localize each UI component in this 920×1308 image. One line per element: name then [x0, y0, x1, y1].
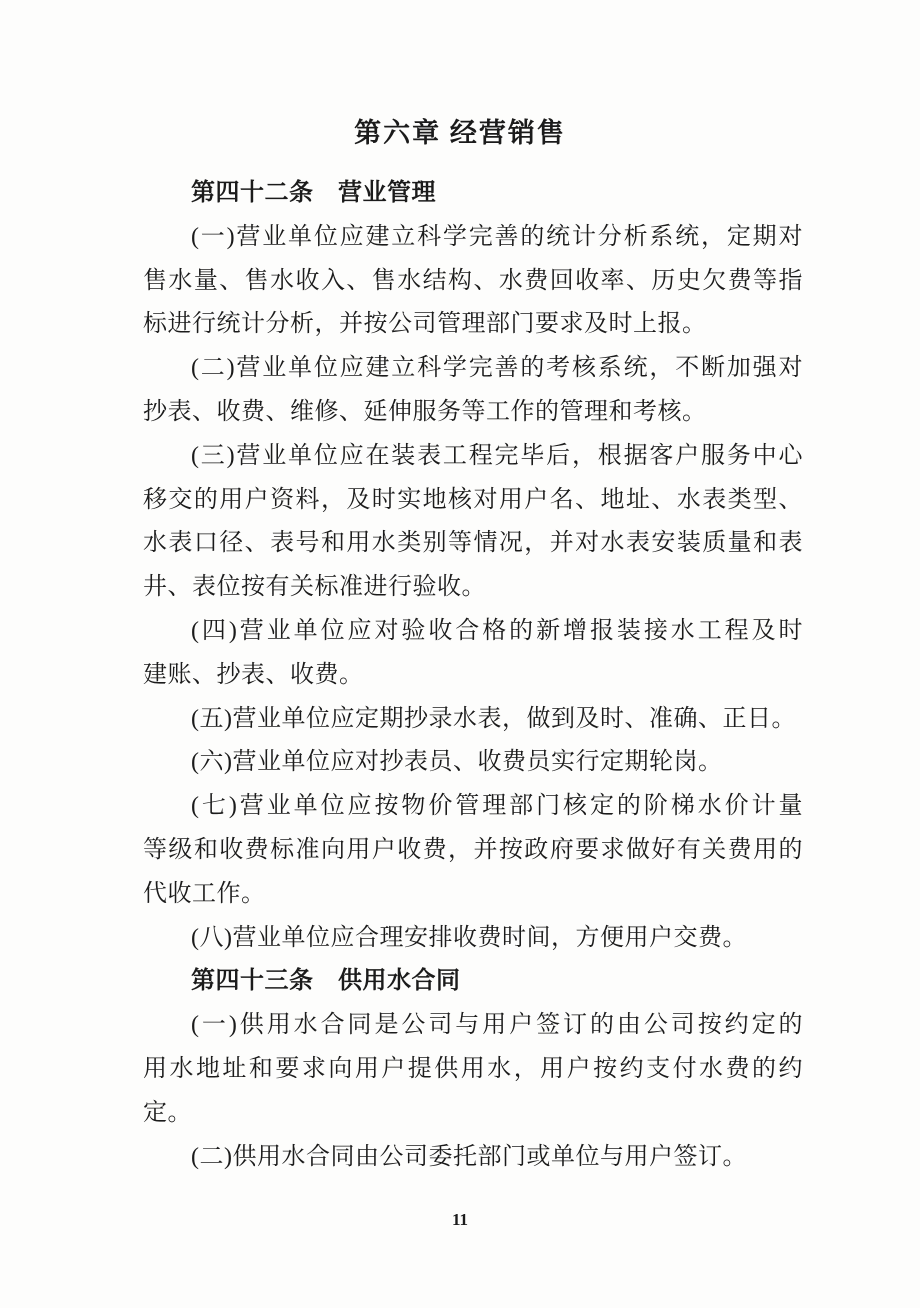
paragraph-line: 建账、抄表、收费。	[143, 654, 803, 698]
paragraph-line: 移交的用户资料，及时实地核对用户名、地址、水表类型、	[143, 479, 803, 523]
paragraph-line: (八)营业单位应合理安排收费时间，方便用户交费。	[143, 917, 803, 961]
paragraph-line: (二)营业单位应建立科学完善的考核系统，不断加强对	[143, 347, 803, 391]
paragraph-line: 等级和收费标准向用户收费，并按政府要求做好有关费用的	[143, 829, 803, 873]
paragraph-line: (四)营业单位应对验收合格的新增报装接水工程及时	[143, 610, 803, 654]
paragraph-line: 抄表、收费、维修、延伸服务等工作的管理和考核。	[143, 391, 803, 435]
page-number: 11	[0, 1210, 920, 1230]
paragraph-line: 用水地址和要求向用户提供用水，用户按约支付水费的约	[143, 1048, 803, 1092]
paragraph-line: 代收工作。	[143, 873, 803, 917]
paragraph-line: 售水量、售水收入、售水结构、水费回收率、历史欠费等指	[143, 260, 803, 304]
document-page: 第六章 经营销售 第四十二条 营业管理(一)营业单位应建立科学完善的统计分析系统…	[0, 0, 920, 1308]
paragraph-line: 定。	[143, 1092, 803, 1136]
chapter-title: 第六章 经营销售	[0, 0, 920, 156]
article-heading: 第四十三条 供用水合同	[143, 960, 803, 1004]
paragraph-line: 标进行统计分析，并按公司管理部门要求及时上报。	[143, 303, 803, 347]
document-body: 第四十二条 营业管理(一)营业单位应建立科学完善的统计分析系统，定期对售水量、售…	[143, 172, 803, 1179]
paragraph-line: (六)营业单位应对抄表员、收费员实行定期轮岗。	[143, 741, 803, 785]
paragraph-line: (二)供用水合同由公司委托部门或单位与用户签订。	[143, 1136, 803, 1180]
paragraph-line: 水表口径、表号和用水类别等情况，并对水表安装质量和表	[143, 522, 803, 566]
paragraph-line: 井、表位按有关标准进行验收。	[143, 566, 803, 610]
paragraph-line: (七)营业单位应按物价管理部门核定的阶梯水价计量	[143, 785, 803, 829]
paragraph-line: (三)营业单位应在装表工程完毕后，根据客户服务中心	[143, 435, 803, 479]
paragraph-line: (一)营业单位应建立科学完善的统计分析系统，定期对	[143, 216, 803, 260]
article-heading: 第四十二条 营业管理	[143, 172, 803, 216]
paragraph-line: (一)供用水合同是公司与用户签订的由公司按约定的	[143, 1004, 803, 1048]
paragraph-line: (五)营业单位应定期抄录水表，做到及时、准确、正日。	[143, 698, 803, 742]
